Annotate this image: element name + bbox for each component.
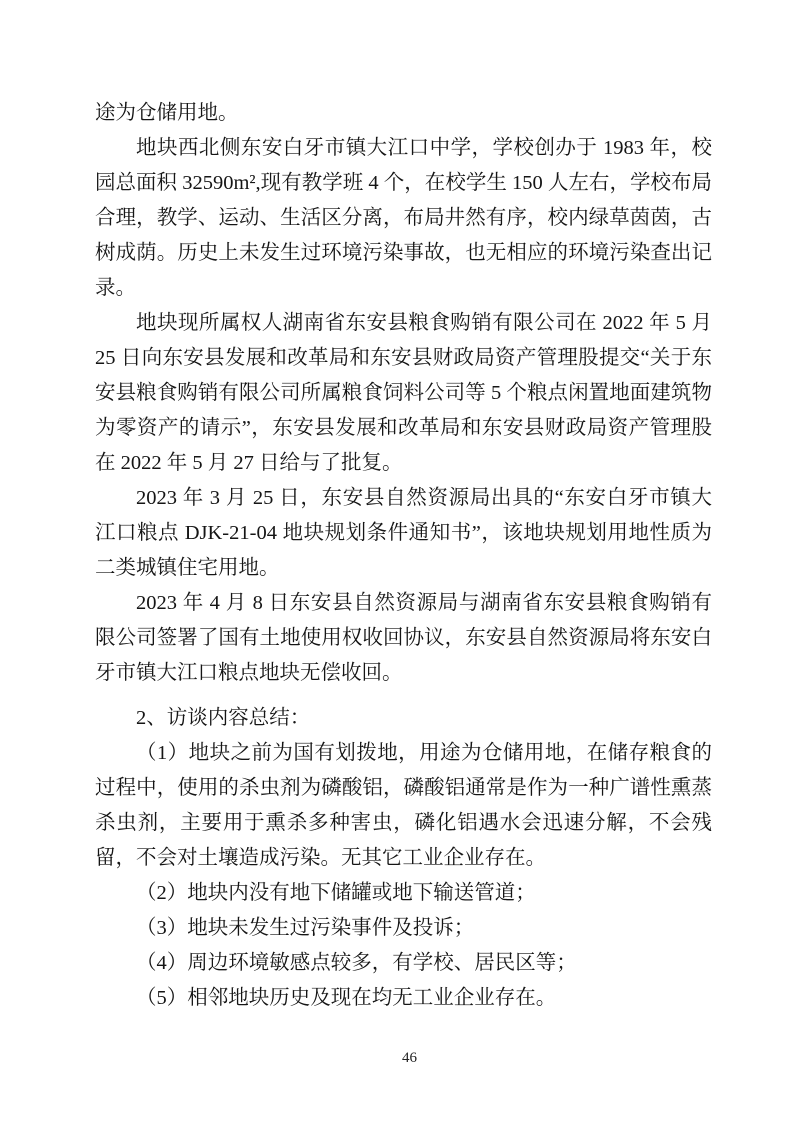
document-body: 途为仓储用地。 地块西北侧东安白牙市镇大江口中学，学校创办于 1983 年，校园… (95, 96, 712, 1016)
paragraph-school-description: 地块西北侧东安白牙市镇大江口中学，学校创办于 1983 年，校园总面积 3259… (95, 131, 712, 306)
interview-item-1: （1）地块之前为国有划拨地，用途为仓储用地，在储存粮食的过程中，使用的杀虫剂为磷… (95, 736, 712, 876)
paragraph-planning-notice: 2023 年 3 月 25 日，东安县自然资源局出具的“东安白牙市镇大江口粮点 … (95, 481, 712, 586)
paragraph-land-reclaim: 2023 年 4 月 8 日东安县自然资源局与湖南省东安县粮食购销有限公司签署了… (95, 586, 712, 691)
section-heading-interview-summary: 2、访谈内容总结： (95, 701, 712, 736)
interview-item-5: （5）相邻地块历史及现在均无工业企业存在。 (95, 981, 712, 1016)
paragraph-continuation: 途为仓储用地。 (95, 96, 712, 131)
interview-item-4: （4）周边环境敏感点较多，有学校、居民区等； (95, 946, 712, 981)
interview-item-3: （3）地块未发生过污染事件及投诉； (95, 911, 712, 946)
interview-item-2: （2）地块内没有地下储罐或地下输送管道； (95, 876, 712, 911)
paragraph-owner-application: 地块现所属权人湖南省东安县粮食购销有限公司在 2022 年 5 月 25 日向东… (95, 306, 712, 481)
document-page: 途为仓储用地。 地块西北侧东安白牙市镇大江口中学，学校创办于 1983 年，校园… (0, 0, 793, 1122)
page-number: 46 (0, 1050, 793, 1067)
